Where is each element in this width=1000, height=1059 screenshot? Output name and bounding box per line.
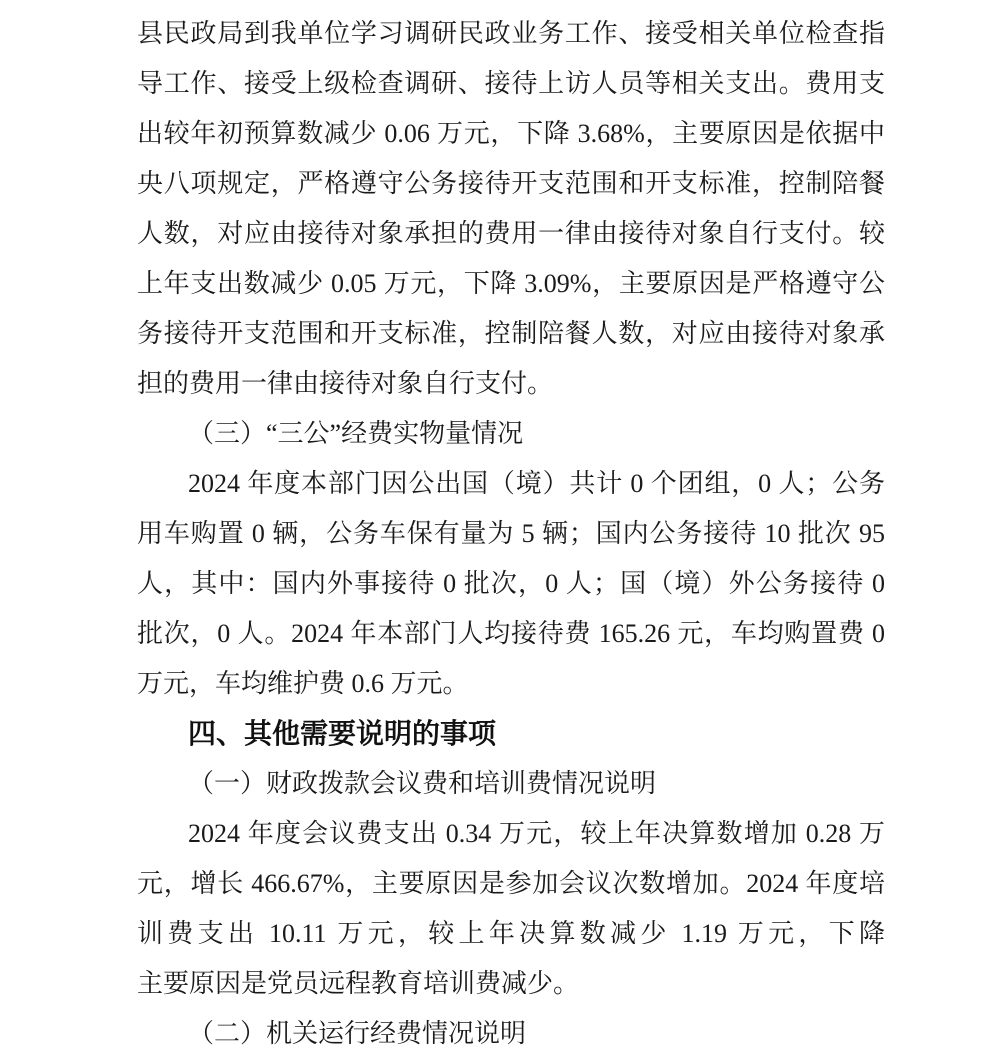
text-line: 万元，车均维护费 0.6 万元。: [137, 659, 885, 709]
subsection-heading: （二）机关运行经费情况说明: [137, 1009, 885, 1059]
text-line: 主要原因是党员远程教育培训费减少。: [137, 959, 885, 1009]
text-line: 人数，对应由接待对象承担的费用一律由接待对象自行支付。较: [137, 209, 885, 259]
text-line: 出较年初预算数减少 0.06 万元，下降 3.68%，主要原因是依据中: [137, 109, 885, 159]
subsection-heading: （一）财政拨款会议费和培训费情况说明: [137, 759, 885, 809]
text-line: 人，其中：国内外事接待 0 批次，0 人；国（境）外公务接待 0: [137, 559, 885, 609]
text-line: 上年支出数减少 0.05 万元，下降 3.09%，主要原因是严格遵守公: [137, 259, 885, 309]
text-line: 导工作、接受上级检查调研、接待上访人员等相关支出。费用支: [137, 59, 885, 109]
text-line: 县民政局到我单位学习调研民政业务工作、接受相关单位检查指: [137, 9, 885, 59]
subsection-heading: （三）“三公”经费实物量情况: [137, 409, 885, 459]
text-line: 2024 年度会议费支出 0.34 万元，较上年决算数增加 0.28 万: [137, 809, 885, 859]
text-line: 2024 年度本部门因公出国（境）共计 0 个团组，0 人；公务: [137, 459, 885, 509]
text-line: 训费支出 10.11 万元，较上年决算数减少 1.19 万元，下降 10.53%…: [137, 909, 885, 959]
text-line: 用车购置 0 辆，公务车保有量为 5 辆；国内公务接待 10 批次 95: [137, 509, 885, 559]
text-line: 担的费用一律由接待对象自行支付。: [137, 359, 885, 409]
text-line: 务接待开支范围和开支标准，控制陪餐人数，对应由接待对象承: [137, 309, 885, 359]
text-block: 县民政局到我单位学习调研民政业务工作、接受相关单位检查指导工作、接受上级检查调研…: [137, 9, 885, 1059]
text-line: 批次，0 人。2024 年本部门人均接待费 165.26 元，车均购置费 0: [137, 609, 885, 659]
text-line: 元，增长 466.67%，主要原因是参加会议次数增加。2024 年度培: [137, 859, 885, 909]
section-heading: 四、其他需要说明的事项: [137, 709, 885, 759]
text-line: 央八项规定，严格遵守公务接待开支范围和开支标准，控制陪餐: [137, 159, 885, 209]
document-page: 县民政局到我单位学习调研民政业务工作、接受相关单位检查指导工作、接受上级检查调研…: [0, 0, 1000, 1059]
